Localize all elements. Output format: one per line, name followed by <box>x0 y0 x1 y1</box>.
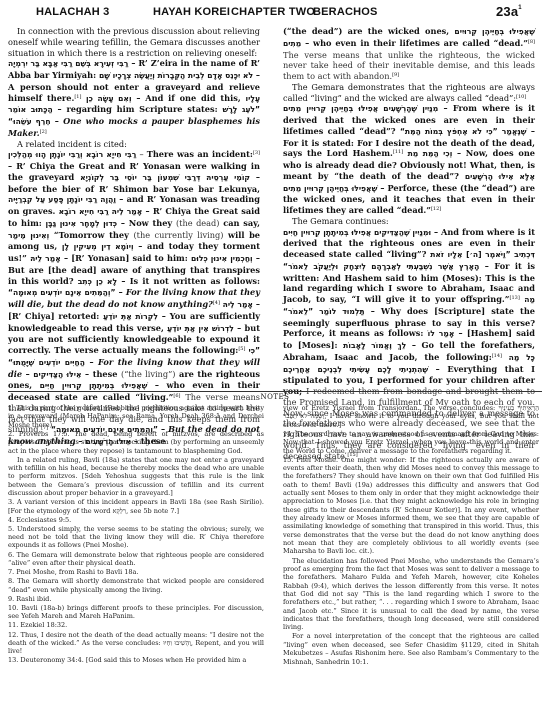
hebrew-text: וְכִי הַמֵּת מֵת <box>408 149 453 158</box>
header-halachah: HALACHAH 3 <box>36 6 110 18</box>
note-15-continued-1: The elucidation has followed Pnei Moshe,… <box>283 557 539 632</box>
hebrew-text: אֵילּוּ הַצַּדִּיקִים <box>33 370 81 379</box>
hebrew-text: לִקְרוֹת אַתְּ יוֹדֵעַ <box>103 312 158 321</box>
note-2-continued: In a related ruling, Bavli (18a) states … <box>8 456 264 498</box>
hebrew-text: לֵךְ וֶאֱמוֹר לָאָבוֹת <box>343 341 406 350</box>
notes-divider <box>8 391 542 392</box>
note-13: 13. Deuteronomy 34:4. [God said this to … <box>8 656 264 664</box>
hebrew-text: וְיוֹמָא דֵין מְעִיקִין לָן <box>62 242 134 251</box>
related-incident-line: A related incident is cited: <box>8 139 260 150</box>
gemara-paragraph-1: רַבִּי זְעִירָא בְּשֵׁם רַבִּי אַבָּא בַ… <box>8 58 260 138</box>
hebrew-text: אָמַר לֵיהּ <box>30 254 61 263</box>
clarification-text: (the dead) <box>176 218 220 228</box>
main-text: In connection with the previous discussi… <box>0 26 550 390</box>
note-12: 12. Thus, I desire not the death of the … <box>8 631 264 656</box>
note-10: 10. Bavli (18a-b) brings different proof… <box>8 604 264 621</box>
note-3: 3. A variant version of this incident ap… <box>8 498 264 515</box>
gemara-intro-line: The Gemara demonstrates that the righteo… <box>283 82 535 104</box>
page-number: 23a <box>496 4 518 19</box>
note-1: 1. This is part of the general [Rabbinic… <box>8 404 264 429</box>
footnote-ref[interactable]: [14] <box>492 353 502 359</box>
note-15: 15. Pnei Moshe. One might wonder: If the… <box>283 456 539 556</box>
page-superscript: 1 <box>518 5 522 11</box>
hebrew-text: כְּדוּן לְמָחָר אִינוּן גַּבָּן <box>46 219 118 228</box>
hebrew-text: לָא כֵן כְּתִב <box>78 277 117 286</box>
hebrew-text: אָמַר לֵיהּ רַבִּי חִייָא רוֹבָא <box>59 207 143 216</box>
hebrew-text: אָמַר לֵיהּ <box>223 300 253 309</box>
note-7: 7. Pnei Moshe, from Rashi to Bavli 18a. <box>8 568 264 576</box>
footnote-ref[interactable]: [5] <box>238 346 245 352</box>
hebrew-text: אָמַר לוֹ <box>428 329 455 338</box>
translation-text: – Now they <box>117 218 176 228</box>
hebrew-text: מִנַּיִין שֶׁהָרְשָׁעִים אֲפִילּוּ בְּחַ… <box>283 104 438 113</box>
clarification-text: (the currently living) <box>133 230 223 240</box>
note-9: 9. Rashi ibid. <box>8 595 264 603</box>
hebrew-text: שֶׁנֶּאֱמַר ”כִּי לֹא אֶחְפֹּץ בְּמוֹת ה… <box>400 127 527 136</box>
hebrew-text: קוֹמֵי עַרְסֵיהּ דְּרַבִּי שִׁמְעוֹן בַּ… <box>80 173 250 182</box>
note-6: 6. The Gemara will demonstrate below tha… <box>8 551 264 568</box>
intro-paragraph: In connection with the previous discussi… <box>8 26 260 58</box>
running-header: HALACHAH 3 HAYAH KOREI CHAPTER TWO BERAC… <box>0 3 550 21</box>
hebrew-text: וְאִינוּן מֵימַר <box>8 231 49 240</box>
note-15-continued-2: For a novel interpretation of the concep… <box>283 632 539 665</box>
footnote-ref[interactable]: [1] <box>74 94 81 100</box>
note-8: 8. The Gemara will shortly demonstrate t… <box>8 577 264 594</box>
intro-text: The Gemara demonstrates that the righteo… <box>283 82 535 103</box>
footnote-ref[interactable]: [11] <box>393 149 403 155</box>
header-chapter: CHAPTER TWO <box>231 6 315 18</box>
translation-text: (“the dead”) are the wicked ones, <box>283 26 454 36</box>
gemara-paragraph-4: מִנַּיִין שֶׁהָרְשָׁעִים אֲפִילּוּ בְּחַ… <box>283 103 535 216</box>
translation-text: – [R’ Yonasan] said to him: <box>61 253 191 263</box>
note-13-continued: view of Eretz Yisrael from Transjordan. … <box>283 404 539 429</box>
footnote-ref[interactable]: [4] <box>213 300 220 306</box>
translation-text: – regarding him Scripture states: <box>53 104 223 114</box>
translation-text: – And if one did this, <box>132 93 246 103</box>
gemara-continues-line: The Gemara continues: <box>283 216 535 227</box>
translation-text: There was an incident: <box>147 149 253 159</box>
hebrew-text: וּמִנַּיִין שֶׁהַצַּדִּיקִים אֲפִילּוּ ב… <box>283 228 431 237</box>
footnote-ref[interactable]: [3] <box>253 150 260 156</box>
hebrew-text: וַהֲוָה רַבִּי יוֹנָתָן פָּסַע עַל קִבְר… <box>8 195 116 204</box>
left-text-column: In connection with the previous discussi… <box>8 26 260 448</box>
note-2: 2. Proverbs 17:5. The dead, being bereft… <box>8 430 264 455</box>
footnote-ref[interactable]: [2] <box>40 129 47 135</box>
footnote-ref[interactable]: [8] <box>528 39 535 45</box>
clarification-text: (“the living”) <box>121 369 175 379</box>
hebrew-text: ”וְהַמֵּתִים אֵינָם יוֹדְעִים מְאוּמָה“ <box>8 288 116 297</box>
footnote-ref[interactable]: [13] <box>510 295 520 301</box>
notes-right-column: view of Eretz Yisrael from Transjordan. … <box>283 404 539 667</box>
hebrew-text: שֶׁאֲפִילּוּ בְּמִיתָתָן קְרוּיִין חַיִּ… <box>40 381 148 390</box>
header-tractate: BERACHOS <box>313 6 378 18</box>
hebrew-text: רַבִּי חִייָא רוֹבָא וְרַבִּי יוֹנָתָן ה… <box>8 150 136 159</box>
hebrew-text: לֹא יִכָּנֵס אָדָם לְבֵית הַקְּבָרוֹת וְ… <box>99 71 253 80</box>
note-14: 14. The word לֵאמֹר, to say, is understo… <box>283 430 539 455</box>
explanation-text: The verse means that unlike the righteou… <box>283 50 535 82</box>
footnote-ref[interactable]: [12] <box>431 206 441 212</box>
footnote-ref[interactable]: [10] <box>516 94 526 100</box>
hebrew-text: רַבִּי זְעִירָא בְּשֵׁם רַבִּי אַבָּא בַ… <box>8 59 128 68</box>
hebrew-text: וְאִם עָשָׂה כֵן <box>86 94 132 103</box>
hebrew-text: לִדְרוֹשׁ אֵין אַתְּ יוֹדֵעַ <box>167 324 234 333</box>
notes-title: NOTES <box>0 393 550 401</box>
translation-text: can say, <box>219 218 260 228</box>
note-11: 11. Ezekiel 18:32. <box>8 621 264 629</box>
gemara-paragraph-2: רַבִּי חִייָא רוֹבָא וְרַבִּי יוֹנָתָן ה… <box>8 149 260 448</box>
header-page-number: 23a1 <box>496 4 522 19</box>
translation-text: – <box>136 149 146 159</box>
gemara-paragraph-3: (“the dead”) are the wicked ones, שֶׁאֲפ… <box>283 26 535 82</box>
footnote-ref[interactable]: [9] <box>392 72 399 78</box>
translation-text: – who even in their lifetimes are called… <box>301 38 528 48</box>
translation-text: “Tomorrow they <box>49 230 133 240</box>
hebrew-text: וְחַכְמִין אִינוּן כְּלוּם <box>191 254 253 263</box>
notes-left-column: 1. This is part of the general [Rabbinic… <box>8 404 264 665</box>
header-perek-name: HAYAH KOREI <box>153 6 230 18</box>
translation-text: – Is it not written as follows: <box>117 276 260 286</box>
note-4: 4. Ecclesiastes 9:5. <box>8 516 264 524</box>
note-5: 5. Understood simply, the verse seems to… <box>8 525 264 550</box>
translation-text: – these <box>82 369 121 379</box>
